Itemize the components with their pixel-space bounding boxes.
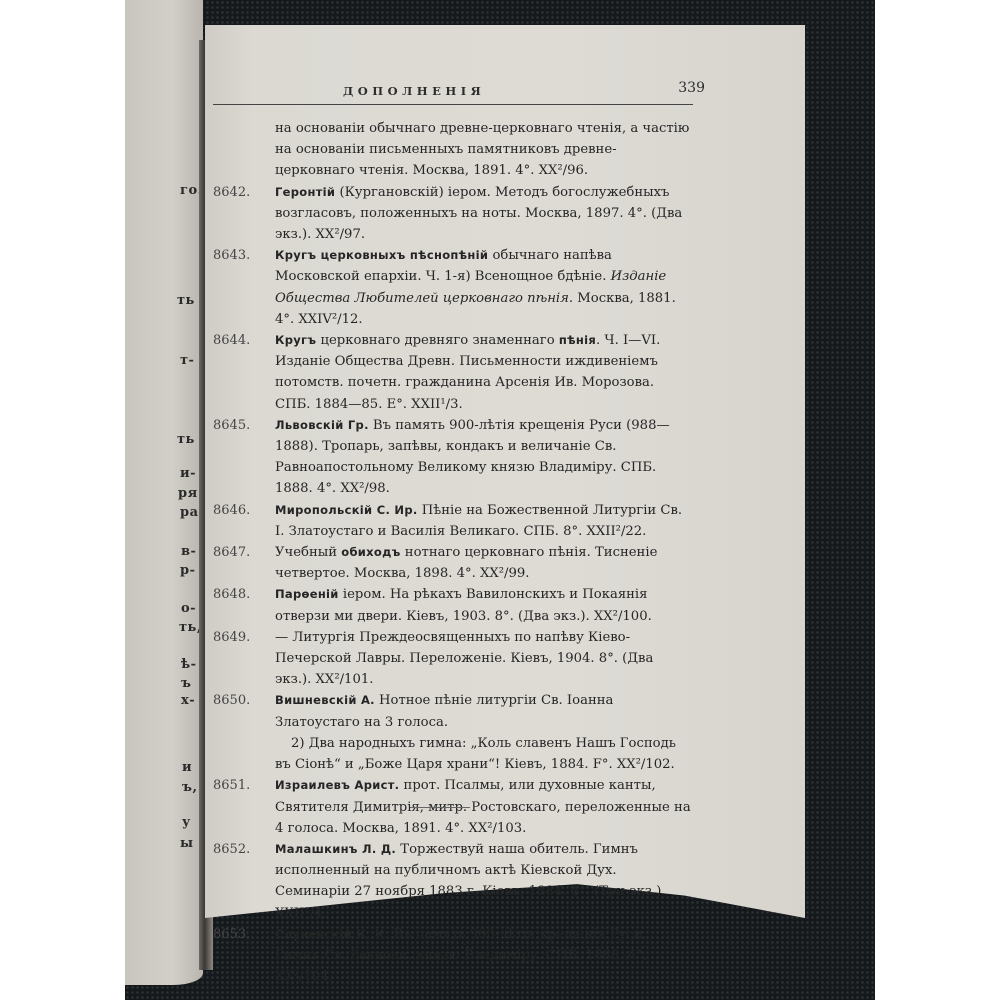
entry-continuation: на основаніи обычнаго древне-церковнаго … bbox=[213, 118, 693, 182]
left-page-fragment: ть bbox=[177, 293, 195, 308]
entry-text: на основаніи обычнаго древне-церковнаго … bbox=[275, 121, 689, 178]
left-page-fragment: о- bbox=[181, 601, 196, 616]
entry-8643: 8643. Кругъ церковныхъ пѣснопѣній обычна… bbox=[213, 245, 693, 330]
entry-number: 8646. bbox=[213, 500, 250, 521]
entry-8653: 8653. Случевскій К. К. Въ память 900-лѣт… bbox=[213, 924, 693, 988]
entry-author: Парѳеній bbox=[275, 587, 339, 601]
left-page-fragment: х- bbox=[181, 693, 195, 708]
entry-8647: 8647. Учебный обиходъ нотнаго церковнаго… bbox=[213, 542, 693, 584]
left-page-fragment: р- bbox=[180, 563, 196, 578]
entry-number: 8642. bbox=[213, 182, 250, 203]
entry-number: 8650. bbox=[213, 690, 250, 711]
entry-author: Львовскій Гр. bbox=[275, 418, 369, 432]
entry-number: 8644. bbox=[213, 330, 250, 351]
entry-text: (Кургановскій) іером. Методъ богослужебн… bbox=[275, 185, 682, 242]
end-rule bbox=[410, 807, 470, 808]
left-page-fragment: ы bbox=[180, 836, 194, 851]
entry-text: — Литургія Преждеосвященныхъ по напѣву К… bbox=[275, 630, 653, 687]
page-number: 339 bbox=[678, 80, 705, 96]
left-page-fragment: т- bbox=[180, 353, 194, 368]
page-header: ДОПОЛНЕНІЯ 339 bbox=[213, 80, 713, 110]
entry-8646: 8646. Миропольскій С. Ир. Пѣніе на Божес… bbox=[213, 500, 693, 542]
left-page-fragment: ть bbox=[177, 432, 195, 447]
left-page-fragment: ѣ- bbox=[181, 657, 197, 672]
entry-text: церковнаго древняго знаменнаго bbox=[316, 333, 559, 348]
left-page-fragment: ря bbox=[178, 486, 198, 501]
entry-number: 8652. bbox=[213, 839, 250, 860]
entry-8648: 8648. Парѳеній іером. На рѣкахъ Вавилонс… bbox=[213, 584, 693, 626]
entry-8644: 8644. Кругъ церковнаго древняго знаменна… bbox=[213, 330, 693, 415]
entry-number: 8649. bbox=[213, 627, 250, 648]
left-page-fragment: и- bbox=[180, 466, 196, 481]
entry-8652: 8652. Малашкинъ Л. Д. Торжествуй наша об… bbox=[213, 839, 693, 924]
entry-number: 8643. bbox=[213, 245, 250, 266]
entry-8650: 8650. Вишневскій А. Нотное пѣніе литургі… bbox=[213, 690, 693, 732]
entry-number: 8653. bbox=[213, 924, 250, 945]
left-page-fragment: ъ bbox=[181, 676, 191, 691]
left-page-fragment: в- bbox=[181, 544, 196, 559]
header-rule bbox=[213, 104, 693, 105]
entry-keyword: обиходъ bbox=[341, 545, 400, 559]
entry-number: 8647. bbox=[213, 542, 250, 563]
entry-text: Учебный bbox=[275, 545, 341, 560]
entry-author: Миропольскій С. Ир. bbox=[275, 503, 418, 517]
left-page-fragment: и bbox=[182, 760, 192, 775]
entry-author: Вишневскій А. bbox=[275, 693, 375, 707]
entry-keyword: пѣнія bbox=[559, 333, 596, 347]
entry-author: Малашкинъ Л. Д. bbox=[275, 842, 396, 856]
left-page-fragment: ъ, bbox=[182, 780, 198, 795]
running-title: ДОПОЛНЕНІЯ bbox=[343, 84, 485, 98]
photo-background: го. ть т- ть и- ря ра в- р- о- ть, ѣ- ъ … bbox=[125, 0, 875, 1000]
entry-author: Геронтій bbox=[275, 185, 335, 199]
entry-8642: 8642. Геронтій (Кургановскій) іером. Мет… bbox=[213, 182, 693, 246]
entry-number: 8645. bbox=[213, 415, 250, 436]
entry-8645: 8645. Львовскій Гр. Въ память 900-лѣтія … bbox=[213, 415, 693, 500]
left-page-fragment: у bbox=[182, 815, 191, 830]
entry-number: 8651. bbox=[213, 775, 250, 796]
entry-author: Кругъ церковныхъ пѣснопѣній bbox=[275, 248, 488, 262]
entry-8650-part-2: 2) Два народныхъ гимна: „Коль славенъ На… bbox=[213, 733, 693, 775]
page-body: на основаніи обычнаго древне-церковнаго … bbox=[213, 118, 693, 987]
left-page-fragment: ра bbox=[180, 505, 199, 520]
entry-text: 2) Два народныхъ гимна: „Коль славенъ На… bbox=[275, 736, 676, 772]
left-page: го. ть т- ть и- ря ра в- р- о- ть, ѣ- ъ … bbox=[125, 0, 203, 985]
entry-author: Случевскій К. К. bbox=[275, 927, 389, 941]
entry-number: 8648. bbox=[213, 584, 250, 605]
entry-author: Израилевъ Арист. bbox=[275, 778, 399, 792]
entry-8649: 8649. — Литургія Преждеосвященныхъ по на… bbox=[213, 627, 693, 691]
entry-author: Кругъ bbox=[275, 333, 316, 347]
